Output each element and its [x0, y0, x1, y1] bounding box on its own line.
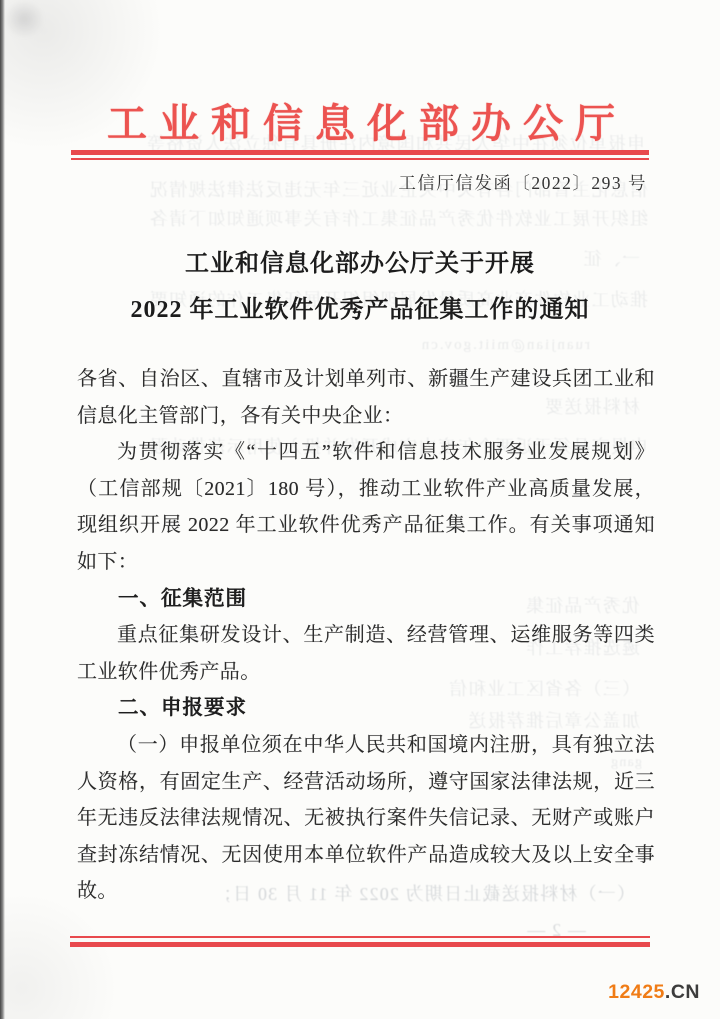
bleedthrough-text: 组织开展工业软件优秀产品征集工作有关事项通知如下请各: [78, 209, 648, 231]
scan-shadow: [4, 0, 84, 95]
watermark-domain: .CN: [665, 981, 700, 1003]
section-1-paragraph: 重点征集研发设计、生产制造、经营管理、运维服务等四类工业软件优秀产品。: [77, 617, 655, 690]
title-line-2: 2022 年工业软件优秀产品征集工作的通知: [0, 287, 720, 333]
rule-thin-line: [70, 936, 650, 938]
rule-thick-line: [71, 150, 649, 155]
title-line-1: 工业和信息化部办公厅关于开展: [0, 241, 720, 287]
header-rule: [71, 150, 649, 160]
section-1-heading: 一、征集范围: [77, 581, 655, 618]
notice-body: 各省、自治区、直辖市及计划单列市、新疆生产建设兵团工业和信息化主管部门，各有关中…: [77, 361, 655, 910]
document-page: 申报单位须在中华人民共和国境内注册具有独立法人资格等 信息化主管部门各有关中央企…: [0, 0, 720, 1019]
doc-number: 工信厅信发函〔2022〕293 号: [398, 170, 647, 195]
site-watermark: 12425.CN: [608, 981, 700, 1004]
salutation: 各省、自治区、直辖市及计划单列市、新疆生产建设兵团工业和信息化主管部门，各有关中…: [77, 361, 655, 434]
footer-rule: [70, 936, 650, 947]
rule-thin-line: [71, 158, 649, 160]
rule-thick-line: [70, 942, 650, 947]
scan-edge: [0, 0, 5, 1019]
notice-title: 工业和信息化部办公厅关于开展 2022 年工业软件优秀产品征集工作的通知: [0, 241, 720, 333]
bleedthrough-text: ruanjian@miit.gov.cn: [300, 336, 590, 354]
agency-masthead: 工业和信息化部办公厅: [0, 92, 720, 149]
section-2-item-1: （一）申报单位须在中华人民共和国境内注册，具有独立法人资格，有固定生产、经营活动…: [77, 727, 655, 910]
section-2-heading: 二、申报要求: [77, 690, 655, 727]
intro-paragraph: 为贯彻落实《“十四五”软件和信息技术服务业发展规划》（工信部规〔2021〕180…: [77, 434, 655, 580]
watermark-number: 12425: [608, 981, 665, 1003]
